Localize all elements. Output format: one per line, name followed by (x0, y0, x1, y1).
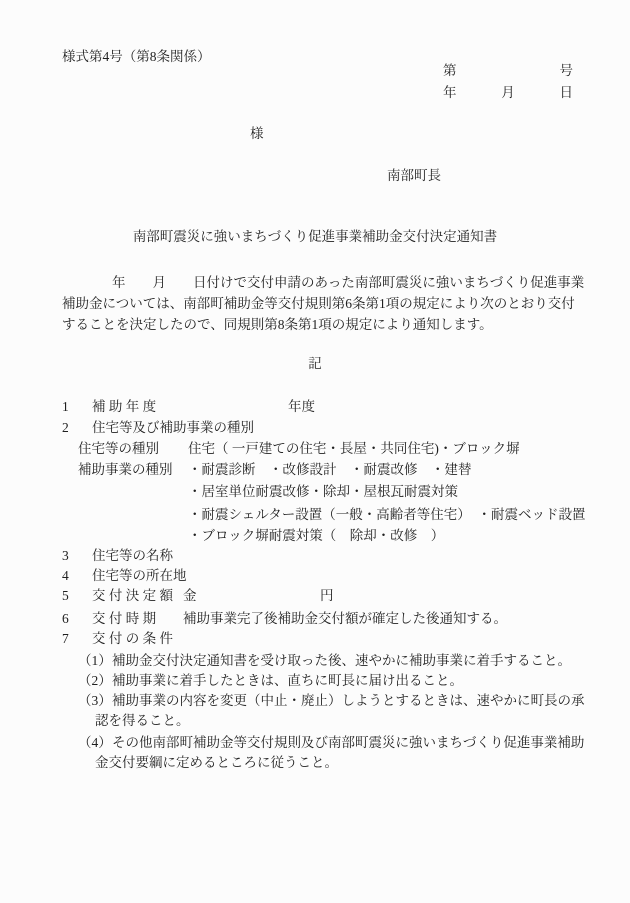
item-2-row: 2 住宅等及び補助事業の種別 (62, 417, 630, 438)
housing-type-row: 住宅等の種別 住宅（ 一戸建ての住宅・長屋・共同住宅)・ブロック塀 (62, 438, 630, 459)
condition-4-text-cont: 金交付要綱に定めるところに従うこと。 (95, 752, 338, 773)
month-label: 月 (501, 82, 515, 103)
item-4-label: 住宅等の所在地 (92, 565, 187, 586)
date-line: 年 月 日 (443, 82, 573, 103)
item-7-label: 交 付 の 条 件 (92, 628, 173, 649)
document-page: 様式第4号（第8条関係） 第 号 年 月 日 様 南部町長 南部町震災に強いまち… (0, 0, 630, 903)
amount-suffix: 円 (320, 585, 334, 606)
addressee-honorific: 様 (250, 123, 264, 144)
project-type-row-3: ・耐震シェルター設置（一般・高齢者等住宅） ・耐震ベッド設置 (62, 504, 630, 525)
item-6-row: 6 交 付 時 期 補助事業完了後補助金交付額が確定した後通知する。 (62, 608, 630, 629)
item-6-number: 6 (62, 608, 69, 629)
housing-type-options: 住宅（ 一戸建ての住宅・長屋・共同住宅)・ブロック塀 (188, 438, 520, 459)
item-4-number: 4 (62, 565, 69, 586)
condition-3-number: （3） (78, 690, 112, 711)
project-type-row-4: ・ブロック塀耐震対策（ 除却・改修 ） (62, 525, 630, 546)
condition-2-row: （2） 補助事業に着手したときは、直ちに町長に届け出ること。 (62, 670, 630, 691)
project-type-row-2: ・居室単位耐震改修・除却・屋根瓦耐震対策 (62, 481, 630, 502)
item-7-number: 7 (62, 628, 69, 649)
item-4-row: 4 住宅等の所在地 (62, 565, 630, 586)
item-7-row: 7 交 付 の 条 件 (62, 628, 630, 649)
condition-2-text: 補助事業に着手したときは、直ちに町長に届け出ること。 (112, 670, 463, 691)
project-type-options-2: ・居室単位耐震改修・除却・屋根瓦耐震対策 (188, 481, 458, 502)
condition-4-number: （4） (78, 732, 112, 753)
project-type-options-3: ・耐震シェルター設置（一般・高齢者等住宅） ・耐震ベッド設置 (188, 504, 585, 525)
item-5-label: 交 付 決 定 額 (92, 585, 173, 606)
condition-4-row-cont: 金交付要綱に定めるところに従うこと。 (62, 752, 630, 773)
form-number: 様式第4号（第8条関係） (62, 46, 211, 67)
body-paragraph-line-3: することを決定したので、同規則第8条第1項の規定により通知します。 (62, 314, 493, 335)
item-2-label: 住宅等及び補助事業の種別 (92, 417, 254, 438)
project-type-options-1: ・耐震診断 ・改修設計 ・耐震改修 ・建替 (188, 459, 472, 480)
amount-prefix: 金 (183, 585, 197, 606)
day-label: 日 (560, 82, 574, 103)
item-2-number: 2 (62, 417, 69, 438)
ki-marker: 記 (0, 353, 630, 374)
condition-3-row: （3） 補助事業の内容を変更（中止・廃止）しようとするときは、速やかに町長の承 (62, 690, 630, 711)
housing-type-label: 住宅等の種別 (78, 438, 159, 459)
item-1-label: 補 助 年 度 (92, 396, 156, 417)
project-type-row: 補助事業の種別 ・耐震診断 ・改修設計 ・耐震改修 ・建替 (62, 459, 630, 480)
item-3-number: 3 (62, 545, 69, 566)
condition-3-text-cont: 認を得ること。 (95, 710, 190, 731)
item-6-label: 交 付 時 期 (92, 608, 156, 629)
project-type-options-4: ・ブロック塀耐震対策（ 除却・改修 ） (188, 525, 444, 546)
year-label: 年 (443, 82, 457, 103)
condition-1-text: 補助金交付決定通知書を受け取った後、速やかに補助事業に着手すること。 (112, 650, 571, 671)
doc-number-prefix: 第 (443, 60, 457, 81)
item-5-number: 5 (62, 585, 69, 606)
item-3-row: 3 住宅等の名称 (62, 545, 630, 566)
item-3-label: 住宅等の名称 (92, 545, 173, 566)
item-5-row: 5 交 付 決 定 額 金 円 (62, 585, 630, 606)
body-paragraph-line-2: 補助金については、南部町補助金等交付規則第6条第1項の規定により次のとおり交付 (62, 293, 575, 314)
condition-3-row-cont: 認を得ること。 (62, 710, 630, 731)
condition-2-number: （2） (78, 670, 112, 691)
sender-title: 南部町長 (387, 165, 441, 186)
doc-number-suffix: 号 (560, 60, 574, 81)
project-type-label: 補助事業の種別 (78, 459, 173, 480)
condition-1-number: （1） (78, 650, 112, 671)
condition-3-text: 補助事業の内容を変更（中止・廃止）しようとするときは、速やかに町長の承 (112, 690, 585, 711)
condition-1-row: （1） 補助金交付決定通知書を受け取った後、速やかに補助事業に着手すること。 (62, 650, 630, 671)
condition-4-text: その他南部町補助金等交付規則及び南部町震災に強いまちづくり促進事業補助 (112, 732, 584, 753)
document-title: 南部町震災に強いまちづくり促進事業補助金交付決定通知書 (0, 226, 630, 247)
condition-4-row: （4） その他南部町補助金等交付規則及び南部町震災に強いまちづくり促進事業補助 (62, 732, 630, 753)
item-1-value: 年度 (288, 396, 315, 417)
body-paragraph-line-1: 年 月 日付けで交付申請のあった南部町震災に強いまちづくり促進事業 (112, 272, 584, 293)
item-1-number: 1 (62, 396, 69, 417)
item-1-row: 1 補 助 年 度 年度 (62, 396, 630, 417)
doc-number-line: 第 号 (443, 60, 573, 81)
item-6-value: 補助事業完了後補助金交付額が確定した後通知する。 (183, 608, 507, 629)
